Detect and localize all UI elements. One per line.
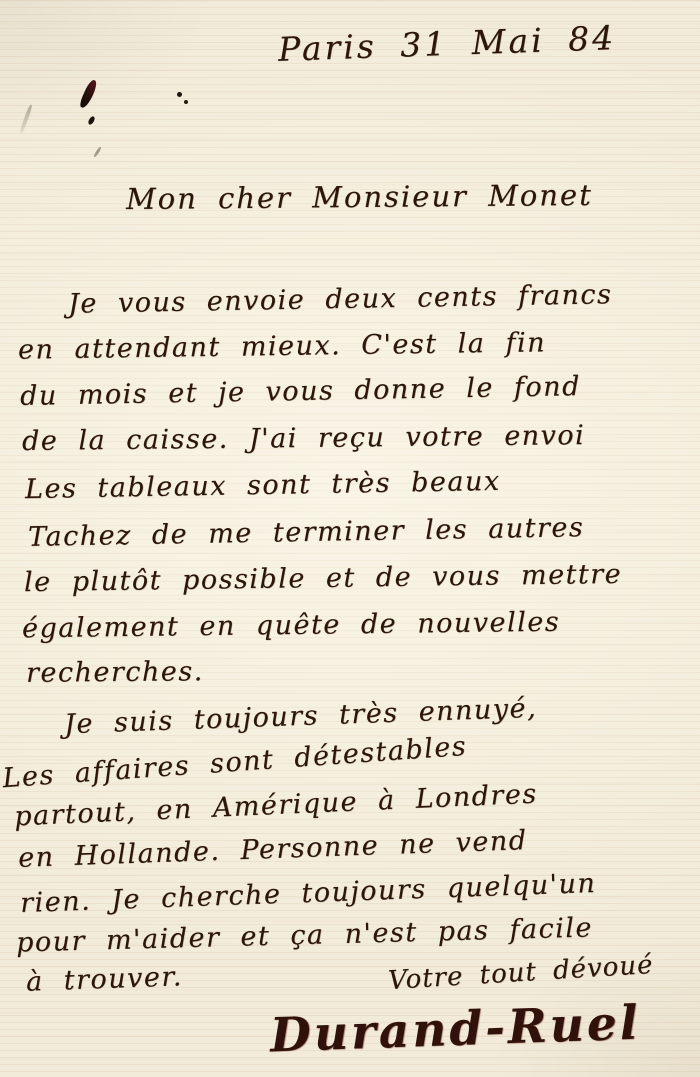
letter-scan-page: Paris 31 Mai 84 Mon cher Monsieur Monet … bbox=[0, 0, 700, 1077]
letter-line: recherches. bbox=[26, 656, 204, 689]
ink-speck bbox=[93, 146, 102, 158]
letter-closing: Votre tout dévoué bbox=[387, 950, 654, 996]
letter-line: à trouver. bbox=[26, 961, 184, 997]
letter-dateline: Paris 31 Mai 84 bbox=[277, 18, 616, 69]
letter-line: en attendant mieux. C'est la fin bbox=[18, 327, 546, 365]
ink-speck bbox=[87, 115, 96, 125]
letter-salutation: Mon cher Monsieur Monet bbox=[126, 178, 593, 216]
ink-speck bbox=[184, 100, 188, 104]
letter-line: pour m'aider et ça n'est pas facile bbox=[16, 912, 594, 958]
letter-line: du mois et je vous donne le fond bbox=[20, 371, 581, 412]
letter-line: Je vous envoie deux cents francs bbox=[68, 279, 613, 319]
pencil-streak bbox=[19, 104, 33, 134]
letter-line: Les tableaux sont très beaux bbox=[25, 466, 501, 505]
ink-speck bbox=[177, 92, 182, 97]
letter-line: Tachez de me terminer les autres bbox=[28, 512, 585, 553]
letter-line: le plutôt possible et de vous mettre bbox=[24, 559, 623, 598]
letter-line: rien. Je cherche toujours quelqu'un bbox=[20, 868, 597, 919]
ink-blot-large bbox=[78, 78, 98, 109]
letter-line: de la caisse. J'ai reçu votre envoi bbox=[22, 420, 586, 457]
letter-signature: Durand-Ruel bbox=[269, 996, 641, 1064]
letter-line: également en quête de nouvelles bbox=[22, 607, 560, 645]
letter-line: en Hollande. Personne ne vend bbox=[18, 825, 528, 874]
